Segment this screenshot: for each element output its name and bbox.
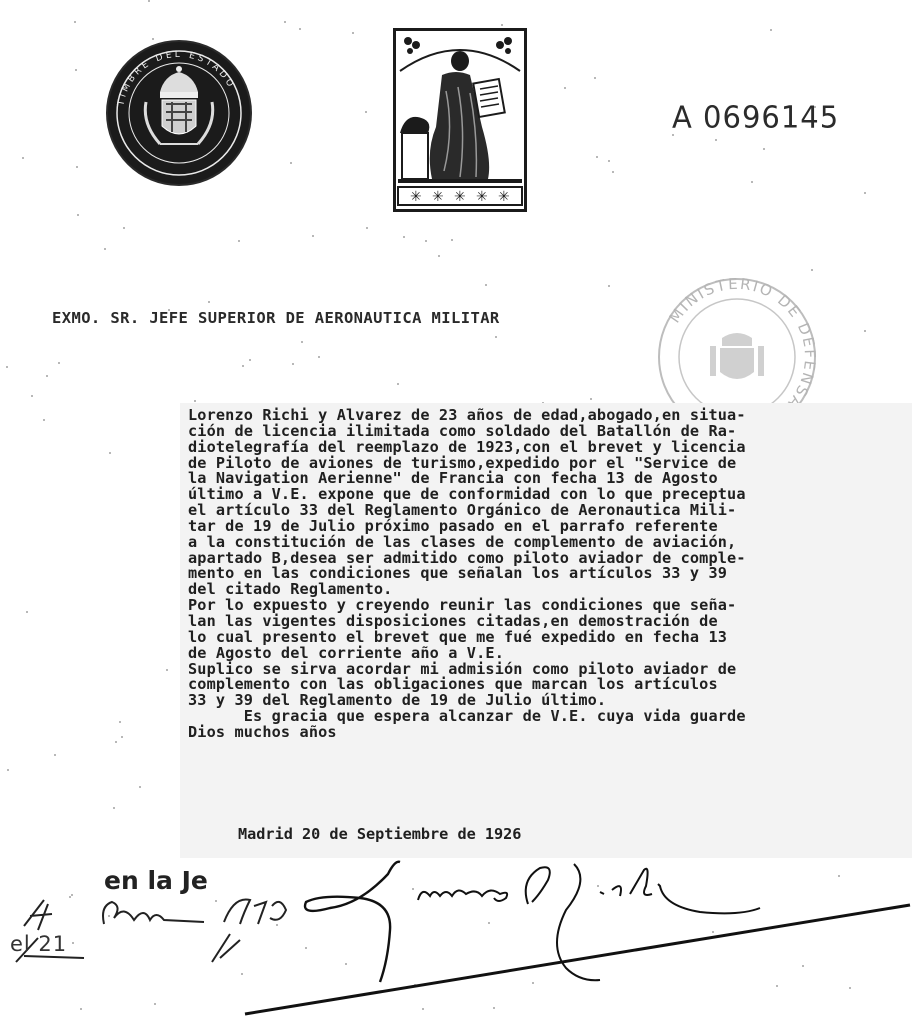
speck (166, 669, 168, 671)
speck (148, 0, 150, 2)
coat-of-arms-icon: TIMBRE DEL ESTADO (108, 42, 250, 184)
svg-text:✳: ✳ (498, 189, 510, 205)
fiscal-stamp: ✳✳✳✳✳ (393, 28, 527, 212)
speck (242, 365, 244, 367)
svg-text:✳: ✳ (476, 189, 488, 205)
speck (290, 162, 292, 164)
speck (121, 736, 123, 738)
speck (594, 77, 596, 79)
speck (495, 336, 497, 338)
speck (811, 269, 813, 271)
speck (58, 362, 60, 364)
addressee-heading: EXMO. SR. JEFE SUPERIOR DE AERONAUTICA M… (52, 309, 500, 327)
speck (76, 166, 78, 168)
speck (115, 741, 117, 743)
speck (77, 214, 79, 216)
speck (366, 227, 368, 229)
speck (590, 398, 592, 400)
speck (608, 160, 610, 162)
speck (299, 28, 301, 30)
svg-text:✳: ✳ (410, 189, 422, 205)
speck (109, 452, 111, 454)
speck (43, 419, 45, 421)
speck (564, 87, 566, 89)
serial-number: A 0696145 (672, 99, 839, 135)
speck (139, 786, 141, 788)
speck (318, 356, 320, 358)
speck (608, 285, 610, 287)
speck (26, 611, 28, 613)
speck (22, 157, 24, 159)
speck (612, 171, 614, 173)
speck (312, 235, 314, 237)
speck (104, 248, 106, 250)
speck (438, 255, 440, 257)
speck (238, 240, 240, 242)
speck (763, 148, 765, 150)
signature: Lorenzo Richi (0, 850, 912, 1024)
speck (365, 111, 367, 113)
speck (751, 181, 753, 183)
speck (46, 375, 48, 377)
timbre-seal: TIMBRE DEL ESTADO (108, 42, 250, 184)
speck (7, 769, 9, 771)
petition-body: Lorenzo Richi y Alvarez de 23 años de ed… (188, 403, 746, 741)
svg-text:✳: ✳ (432, 189, 444, 205)
speck (864, 192, 866, 194)
speck (397, 383, 399, 385)
ministry-coat-of-arms-icon (710, 333, 764, 379)
speck (770, 29, 772, 31)
speck (284, 21, 286, 23)
speck (119, 721, 121, 723)
speck (292, 363, 294, 365)
speck (864, 330, 866, 332)
speck (194, 400, 196, 402)
speck (425, 240, 427, 242)
speck (31, 395, 33, 397)
allegorical-figure-icon: ✳✳✳✳✳ (396, 31, 524, 209)
speck (54, 754, 56, 756)
speck (403, 236, 405, 238)
closing-date: Madrid 20 de Septiembre de 1926 (238, 825, 521, 843)
speck (352, 32, 354, 34)
speck (152, 38, 154, 40)
speck (74, 21, 76, 23)
speck (6, 366, 8, 368)
speck (501, 24, 503, 26)
speck (301, 341, 303, 343)
speck (249, 359, 251, 361)
speck (596, 156, 598, 158)
speck (451, 239, 453, 241)
body-line: Dios muchos años (188, 725, 746, 741)
speck (208, 301, 210, 303)
speck (75, 69, 77, 71)
speck (123, 227, 125, 229)
speck (113, 807, 115, 809)
speck (485, 284, 487, 286)
svg-text:✳: ✳ (454, 189, 466, 205)
speck (715, 139, 717, 141)
